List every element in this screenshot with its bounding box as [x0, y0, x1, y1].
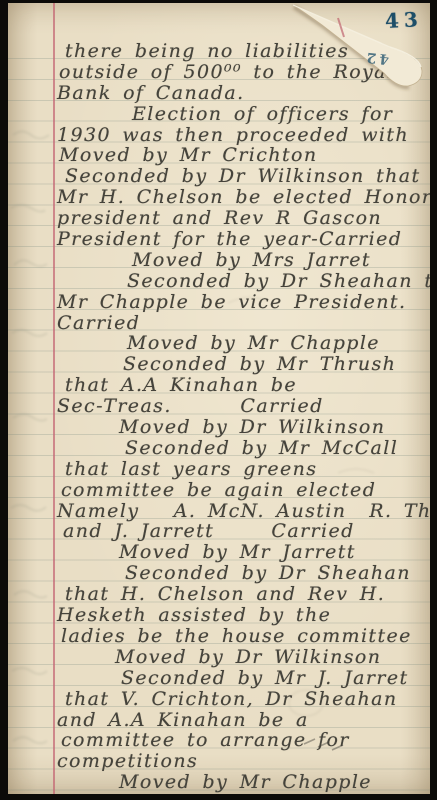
red-margin-line	[53, 3, 55, 794]
handwriting-line: Seconded by Mr Thrush	[57, 354, 430, 375]
handwriting-line: Seconded by Mr McCall	[57, 438, 430, 459]
ledger-page: 43 there being no liabilitiesoutside of …	[8, 3, 430, 794]
handwriting-line: competitions	[57, 751, 430, 772]
handwriting-line: Sec-Treas. Carried	[57, 396, 430, 417]
handwriting-line: Hesketh assisted by the	[57, 605, 430, 626]
handwriting-line: Moved by Dr Wilkinson	[57, 417, 430, 438]
scanned-ledger-photo: 43 there being no liabilitiesoutside of …	[0, 0, 437, 800]
handwriting-line: Seconded by Mr J. Jarret	[57, 668, 430, 689]
handwriting-line: Carried	[57, 313, 430, 334]
handwriting-line: Seconded by Dr Sheahan that	[57, 271, 430, 292]
handwriting-line: Moved by Mrs Jarret	[57, 250, 430, 271]
handwriting-line: that H. Chelson and Rev H.	[57, 584, 430, 605]
handwriting-block: there being no liabilitiesoutside of 500…	[57, 41, 430, 793]
handwriting-line: that V. Crichton, Dr Sheahan	[57, 689, 430, 710]
handwriting-line: Seconded by Dr Wilkinson that	[57, 166, 430, 187]
handwriting-line: President for the year-Carried	[57, 229, 430, 250]
handwriting-line: committee be again elected	[57, 480, 430, 501]
handwriting-line: Mr H. Chelson be elected Honorary	[57, 187, 430, 208]
handwriting-line: Mr Chapple be vice President.	[57, 292, 430, 313]
handwriting-line: ladies be the house committee	[57, 626, 430, 647]
handwriting-line: Seconded by Dr Sheahan	[57, 563, 430, 584]
handwriting-line: and J. Jarrett Carried	[57, 521, 430, 542]
fold-margin-line-fragment	[338, 18, 344, 37]
handwriting-line: Moved by Mr Jarrett	[57, 542, 430, 563]
handwriting-line: that last years greens	[57, 459, 430, 480]
handwriting-line: Namely A. McN. Austin R. Thrush	[57, 501, 430, 522]
handwriting-line: there being no liabilities	[57, 41, 430, 62]
handwriting-line: Moved by Dr Wilkinson	[57, 647, 430, 668]
handwriting-line: that A.A Kinahan be	[57, 375, 430, 396]
handwriting-line: Election of officers for	[57, 104, 430, 125]
handwriting-line: Bank of Canada.	[57, 83, 430, 104]
handwriting-line: outside of 500⁰⁰ to the Royal	[57, 62, 430, 83]
handwriting-line: Moved by Mr Crichton	[57, 145, 430, 166]
handwriting-line: Moved by Mr Chapple	[57, 333, 430, 354]
page-number: 43	[385, 7, 424, 33]
handwriting-line: president and Rev R Gascon	[57, 208, 430, 229]
handwriting-line: Moved by Mr Chapple	[57, 772, 430, 793]
handwriting-line: and A.A Kinahan be a	[57, 710, 430, 731]
handwriting-line: 1930 was then proceeded with	[57, 125, 430, 146]
handwriting-line: committee to arrange for	[57, 730, 430, 751]
